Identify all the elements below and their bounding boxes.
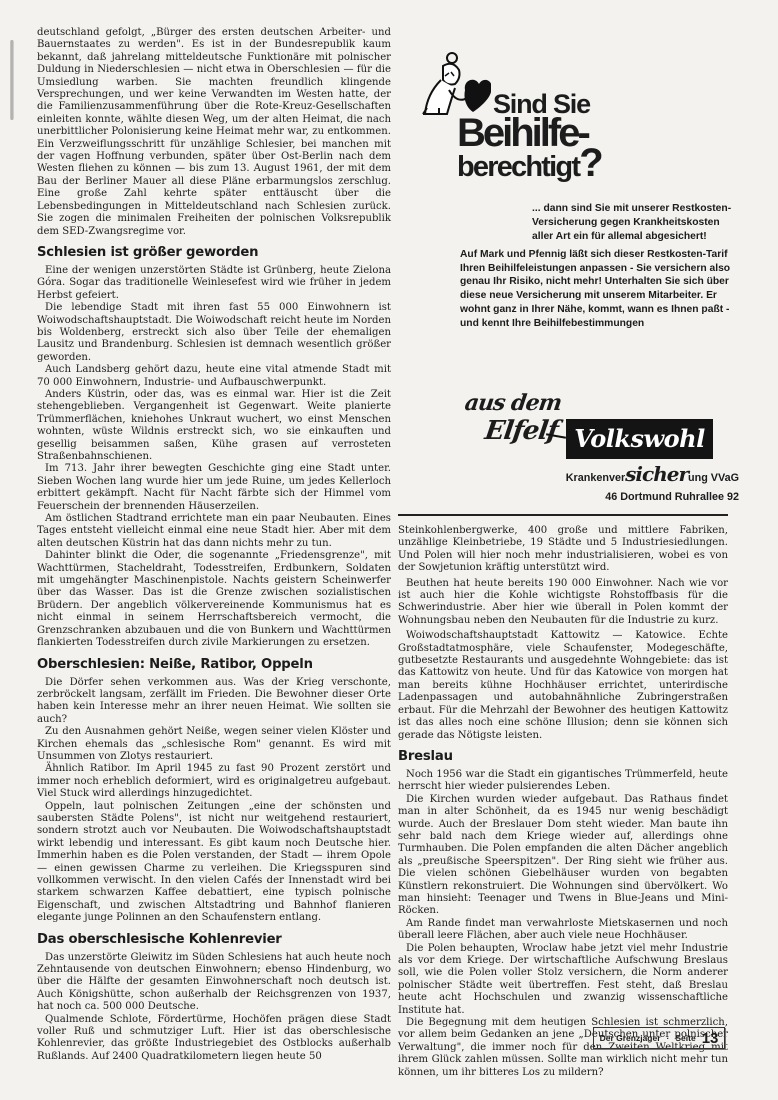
paragraph: Steinkohlenbergwerke, 400 große und mitt… [398,525,728,575]
paragraph: Beuthen hat heute bereits 190 000 Einwoh… [398,578,728,628]
article-right-column: Steinkohlenbergwerke, 400 große und mitt… [398,525,728,1079]
company-prefix: Krankenver [566,472,625,484]
page-number: 13 [702,1030,719,1047]
company-name: Krankenversicherung VVaG [539,467,739,485]
paragraph: Woiwodschaftshauptstadt Kattowitz — Kato… [398,630,728,742]
ad-headline-line3: berechtigt? [457,148,602,182]
paragraph: Anders Küstrin, oder das, was es einmal … [37,389,391,463]
intro-paragraph: deutschland gefolgt, „Bürger des ersten … [37,27,391,238]
ad-subheadline: ... dann sind Sie mit unserer Restkosten… [532,202,742,244]
paragraph: Eine der wenigen unzerstörten Städte ist… [37,265,391,302]
paragraph: Dahinter blinkt die Oder, die sogenannte… [37,550,391,649]
paragraph: Qualmende Schlote, Fördertürme, Hochöfen… [37,1014,391,1064]
insurance-advertisement: Sind Sie Beihilfe- berechtigt? ... dann … [415,40,745,510]
section-heading: Oberschlesien: Neiße, Ratibor, Oppeln [37,657,391,673]
ad-script-line1: aus dem [463,390,563,416]
paragraph: Zu den Ausnahmen gehört Neiße, wegen sei… [37,726,391,763]
paragraph: Die Dörfer sehen verkommen aus. Was der … [37,677,391,727]
paragraph: Oppeln, laut polnischen Zeitungen „eine … [37,801,391,925]
company-script: sicher [625,462,688,486]
paragraph: Am Rande findet man verwahrloste Mietska… [398,918,728,943]
question-mark: ? [579,141,602,185]
publication-name: Der Grenzjäger [600,1033,661,1043]
article-left-column: deutschland gefolgt, „Bürger des ersten … [37,27,391,1063]
company-suffix: ung VVaG [688,472,739,484]
ad-body-text: Auf Mark und Pfennig läßt sich dieser Re… [460,248,740,330]
binding-shadow [10,40,14,120]
paragraph: Die lebendige Stadt mit ihren fast 55 00… [37,302,391,364]
ad-headline-line2: Beihilfe- [457,113,588,153]
ad-headline-word: berechtigt [457,151,579,183]
paragraph: Die Polen behaupten, Wroclaw habe jetzt … [398,943,728,1017]
footer-separator: · [667,1033,670,1043]
page-label: Seite [675,1033,695,1043]
paragraph: Ähnlich Ratibor. Im April 1945 zu fast 9… [37,763,391,800]
paragraph: Auch Landsberg gehört dazu, heute eine v… [37,364,391,389]
paragraph: Noch 1956 war die Stadt ein gigantisches… [398,769,728,794]
section-heading: Breslau [398,749,728,765]
paragraph: Im 713. Jahr ihrer bewegten Geschichte g… [37,463,391,513]
paragraph: Am östlichen Stadtrand errichtete man ei… [37,513,391,550]
ad-script-line2: Elfelf [483,416,560,446]
paragraph: Die Kirchen wurden wieder aufgebaut. Das… [398,794,728,918]
volkswohl-logo: Volkswohl [566,419,713,459]
ad-divider [398,514,728,516]
section-heading: Schlesien ist größer geworden [37,245,391,261]
company-address: 46 Dortmund Ruhrallee 92 [539,491,739,503]
paragraph: Das unzerstörte Gleiwitz im Süden Schles… [37,952,391,1014]
section-heading: Das oberschlesische Kohlenrevier [37,932,391,948]
doctor-illustration-icon [419,50,491,118]
page-footer: Der Grenzjäger · Seite 13 [593,1027,725,1049]
